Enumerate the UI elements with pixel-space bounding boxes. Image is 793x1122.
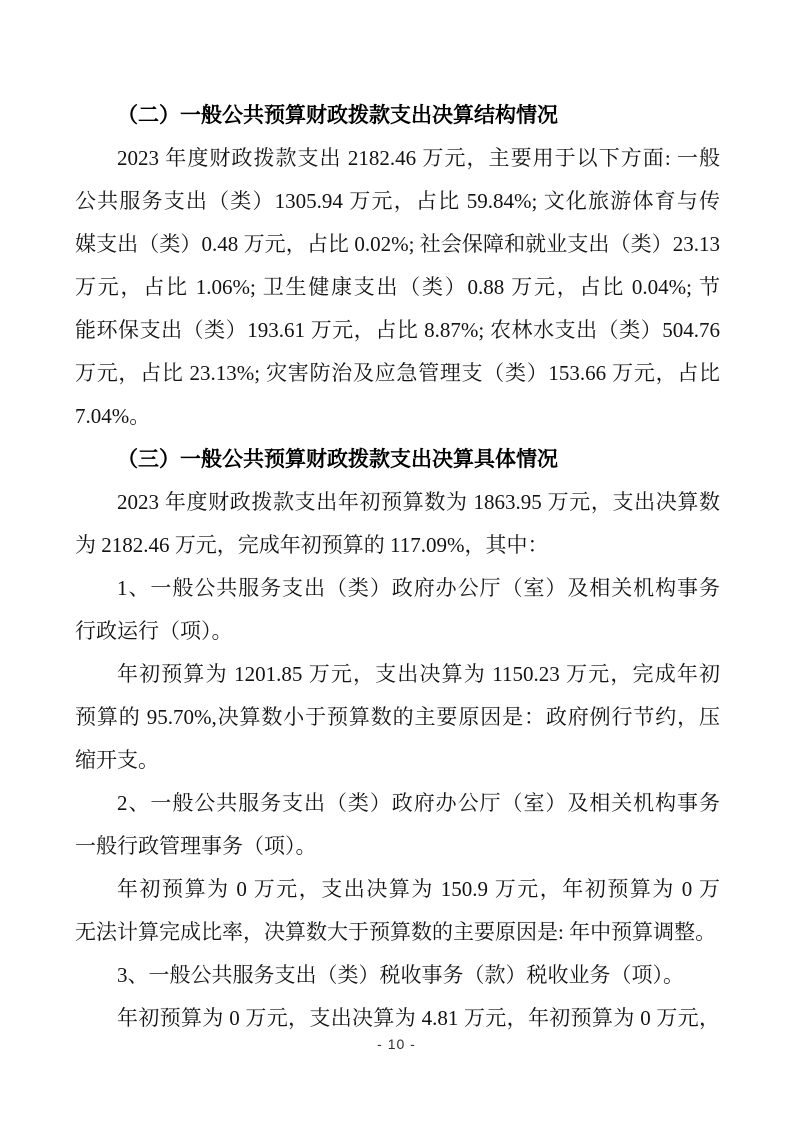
body-line: 万元，占比 23.13%; 灾害防治及应急管理支（类）153.66 万元，占比 [75, 352, 720, 395]
body-line: 1、一般公共服务支出（类）政府办公厅（室）及相关机构事务（款） [75, 567, 720, 610]
body-line: 媒支出（类）0.48 万元，占比 0.02%; 社会保障和就业支出（类）23.1… [75, 223, 720, 266]
body-line: 无法计算完成比率，决算数大于预算数的主要原因是: 年中预算调整。 [75, 911, 720, 954]
body-line: 公共服务支出（类）1305.94 万元，占比 59.84%; 文化旅游体育与传 [75, 180, 720, 223]
page-number: - 10 - [0, 1036, 793, 1052]
body-line: 2、一般公共服务支出（类）政府办公厅（室）及相关机构事务（款） [75, 782, 720, 825]
section-heading-2: （二）一般公共预算财政拨款支出决算结构情况 [75, 94, 720, 137]
document-page: （二）一般公共预算财政拨款支出决算结构情况 2023 年度财政拨款支出 2182… [0, 0, 793, 1122]
body-line: 预算的 95.70%,决算数小于预算数的主要原因是：政府例行节约，压 [75, 696, 720, 739]
body-line: 年初预算为 0 万元，支出决算为 4.81 万元，年初预算为 0 万元， [75, 997, 720, 1040]
body-line: 3、一般公共服务支出（类）税收事务（款）税收业务（项）。 [75, 954, 720, 997]
body-line: 能环保支出（类）193.61 万元，占比 8.87%; 农林水支出（类）504.… [75, 309, 720, 352]
body-line: 一般行政管理事务（项）。 [75, 825, 720, 868]
body-line: 万元，占比 1.06%; 卫生健康支出（类）0.88 万元，占比 0.04%; … [75, 266, 720, 309]
body-line: 为 2182.46 万元，完成年初预算的 117.09%，其中： [75, 524, 720, 567]
body-line: 2023 年度财政拨款支出年初预算数为 1863.95 万元，支出决算数 [75, 481, 720, 524]
body-line: 年初预算为 1201.85 万元，支出决算为 1150.23 万元，完成年初 [75, 653, 720, 696]
body-line: 2023 年度财政拨款支出 2182.46 万元，主要用于以下方面: 一般 [75, 137, 720, 180]
section-heading-3: （三）一般公共预算财政拨款支出决算具体情况 [75, 438, 720, 481]
body-line: 年初预算为 0 万元，支出决算为 150.9 万元，年初预算为 0 万元， [75, 868, 720, 911]
document-content: （二）一般公共预算财政拨款支出决算结构情况 2023 年度财政拨款支出 2182… [75, 94, 720, 1040]
body-line: 缩开支。 [75, 739, 720, 782]
body-line: 7.04%。 [75, 395, 720, 438]
body-line: 行政运行（项）。 [75, 610, 720, 653]
